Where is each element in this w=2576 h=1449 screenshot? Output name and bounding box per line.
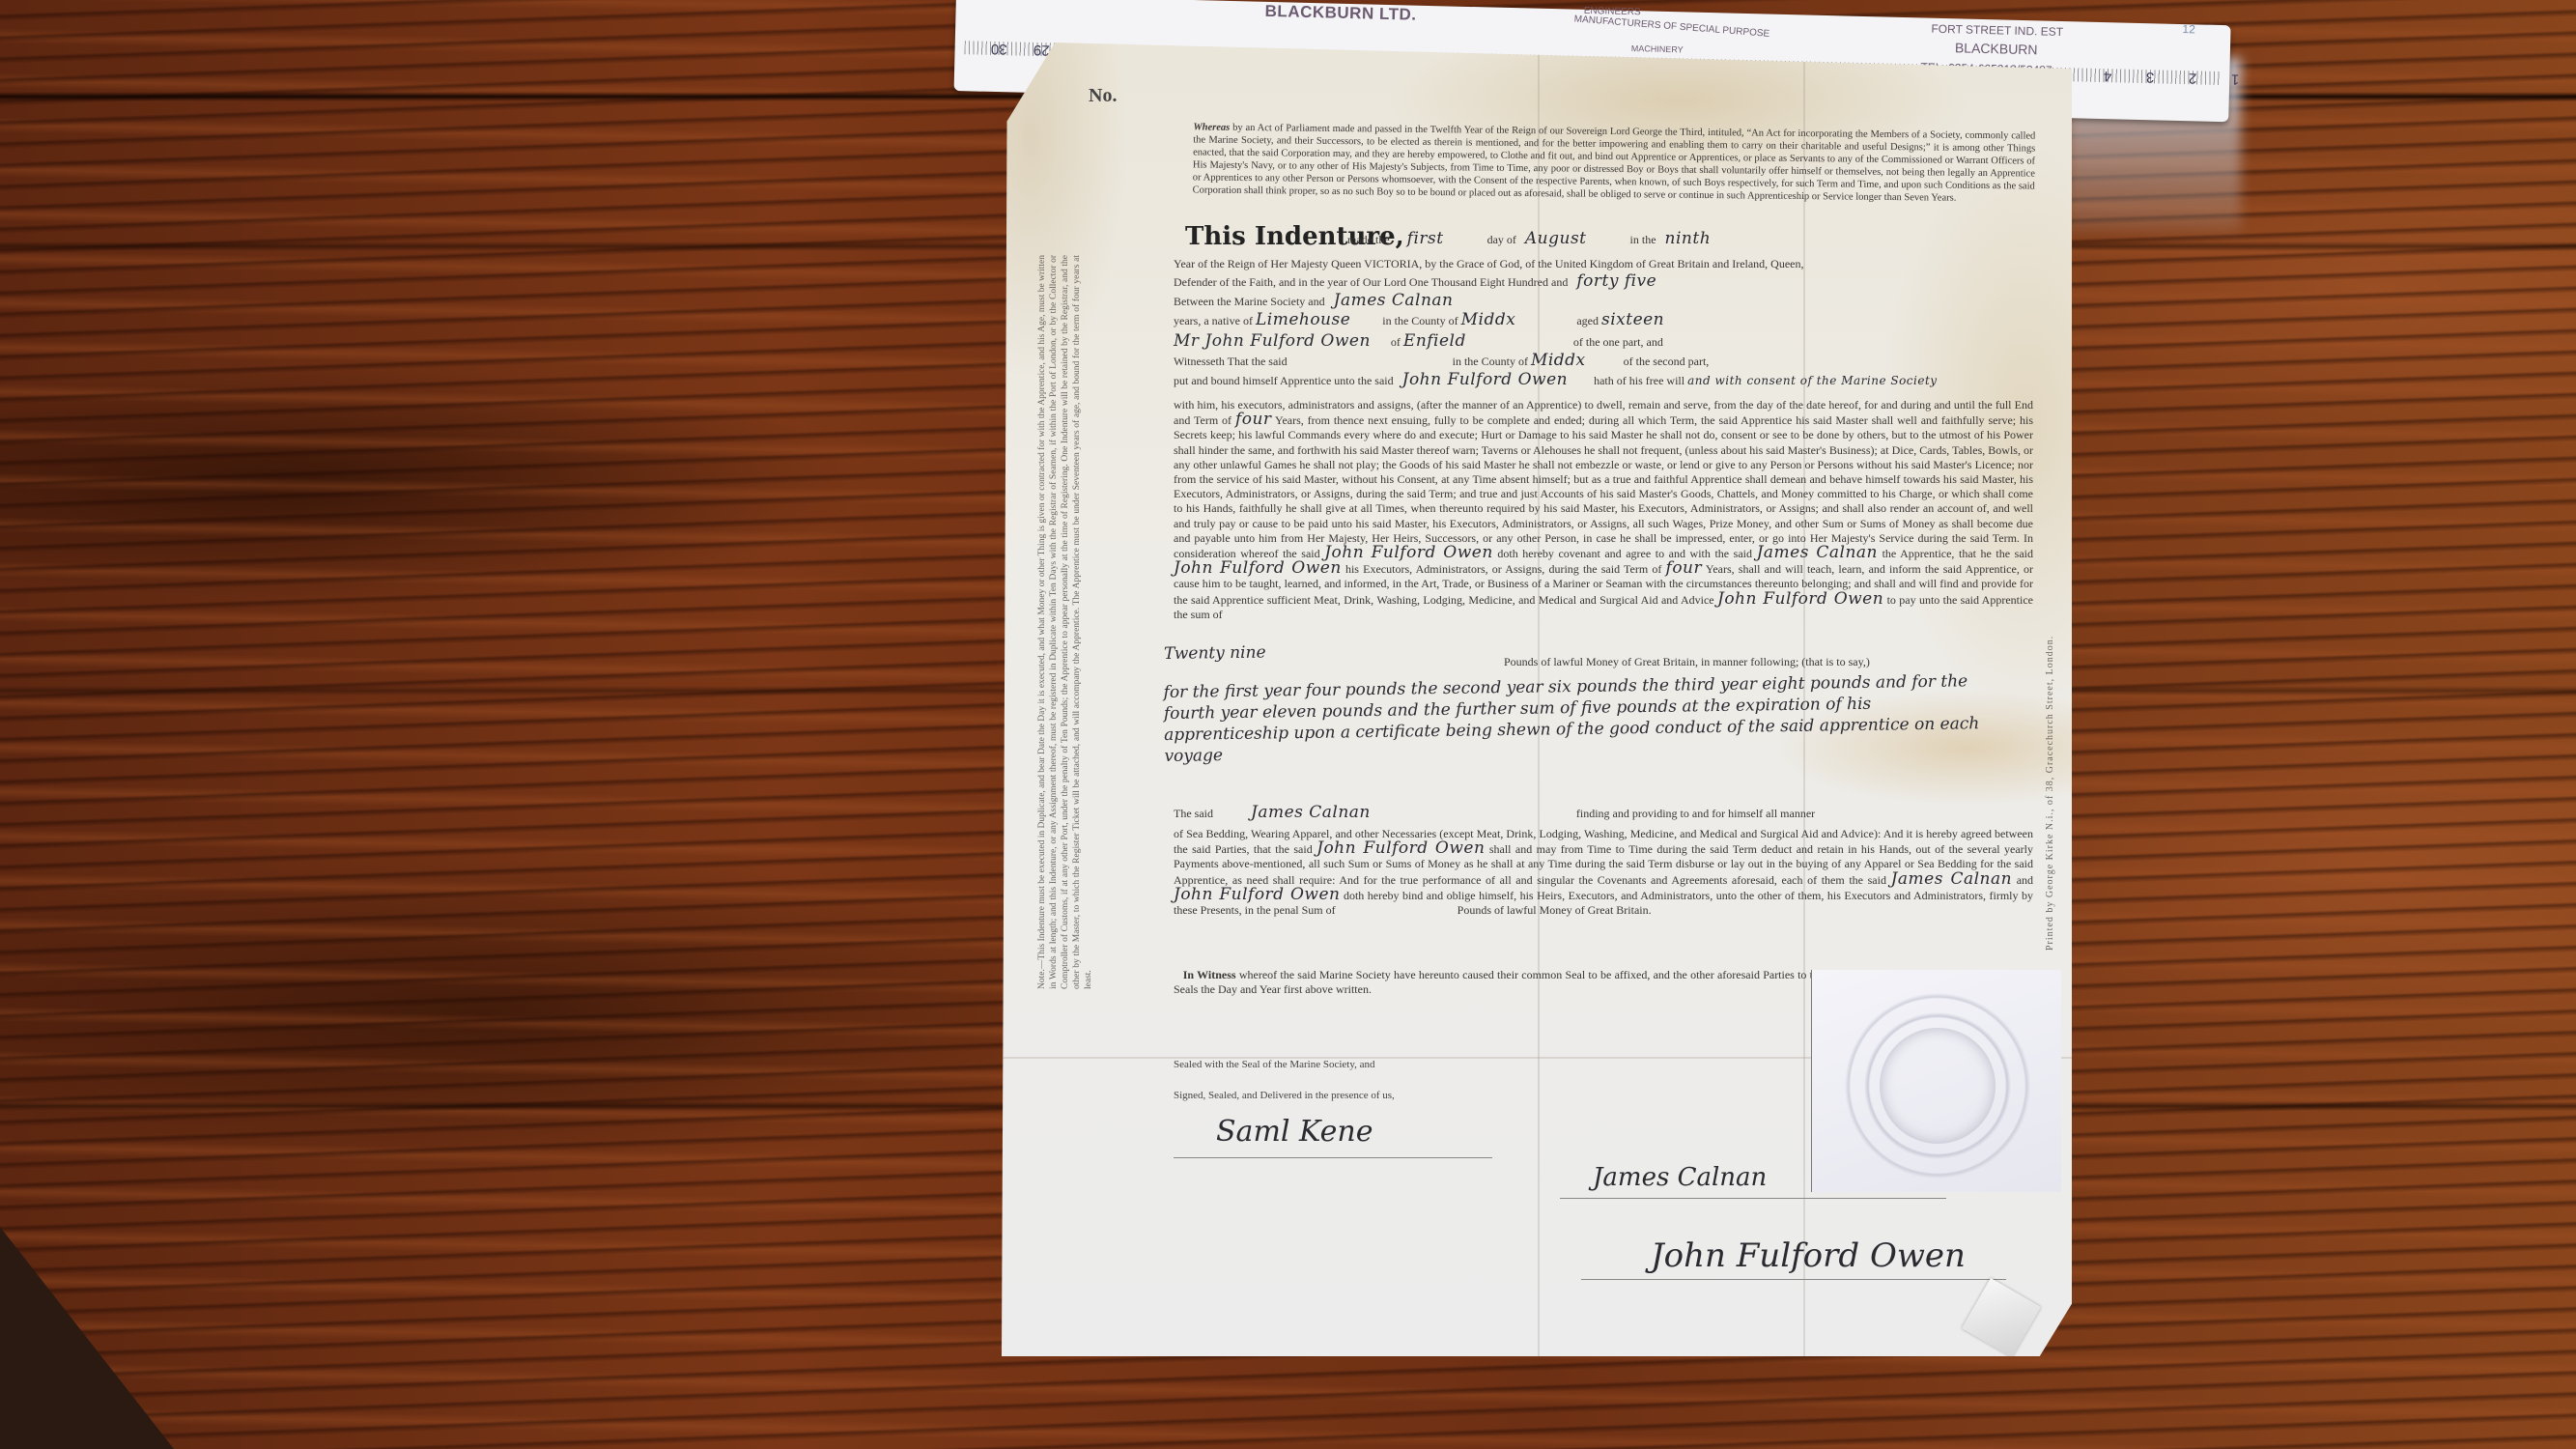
handwritten-day: first <box>1407 229 1444 248</box>
document-number-label: No. <box>1089 85 1117 107</box>
handwritten-master-name-2: John Fulford Owen <box>1402 370 1568 389</box>
county-label: in the County of <box>1453 355 1528 368</box>
master-line: Mr John Fulford Owen of Enfield of the o… <box>1174 334 2033 350</box>
witnesseth-text: Witnesseth That the said <box>1174 355 1288 368</box>
witness-lead: In Witness <box>1183 968 1236 981</box>
signed-sealed-label: Signed, Sealed, and Delivered in the pre… <box>1174 1090 1395 1101</box>
handwritten-apprentice-name-4: James Calnan <box>1891 869 2013 889</box>
handwritten-apprentice-name-2: James Calnan <box>1757 543 1878 562</box>
handwritten-age: sixteen <box>1601 310 1664 329</box>
finding-text: finding and providing to and for himself… <box>1576 807 1815 820</box>
ruler-brand: BLACKBURN LTD. <box>1264 2 1416 25</box>
term-paragraph: with him, his executors, administrators … <box>1174 398 2033 622</box>
handwritten-master-name-4: John Fulford Owen <box>1174 558 1342 578</box>
between-line: Between the Marine Society and James Cal… <box>1174 294 2033 309</box>
apprentice-signature: James Calnan <box>1593 1163 1767 1192</box>
preamble-text: by an Act of Parliament made and passed … <box>1193 123 2036 204</box>
native-line: years, a native of Limehouse in the Coun… <box>1174 313 2033 328</box>
handwritten-master-place: Enfield <box>1403 331 1466 351</box>
seal-emblem <box>1880 1028 1996 1144</box>
signature-line <box>1560 1198 1946 1199</box>
put-bound-text: put and bound himself Apprentice unto th… <box>1174 374 1394 387</box>
indenture-document: No. Whereas by an Act of Parliament made… <box>1002 43 2072 1356</box>
deduction-paragraph: of Sea Bedding, Wearing Apparel, and oth… <box>1174 827 2033 918</box>
defender-line: Defender of the Faith, and in the year o… <box>1174 274 2033 290</box>
witnesseth-line: Witnesseth That the said in the County o… <box>1174 354 2033 369</box>
handwritten-year: forty five <box>1576 271 1656 291</box>
handwritten-master-name-7: John Fulford Owen <box>1174 885 1340 904</box>
of-label: of <box>1391 335 1401 349</box>
printer-credit: Printed by George Kirke N.i., of 38, Gra… <box>2045 468 2055 951</box>
one-part-label: of the one part, and <box>1573 335 1663 349</box>
handwritten-month: August <box>1525 229 1587 248</box>
signature-line <box>1581 1279 2006 1280</box>
handwritten-consent: and with consent of the Marine Society <box>1687 374 1937 387</box>
second-part-label: of the second part, <box>1624 355 1710 368</box>
clause-2: Years, from thence next ensuing, fully t… <box>1174 413 2033 560</box>
label-day-of: day of <box>1487 233 1516 246</box>
the-said-text: The said <box>1174 807 1213 820</box>
county-label: in the County of <box>1382 314 1458 327</box>
and-text: and <box>2017 873 2033 887</box>
handwritten-payment-terms: for the first year four pounds the secon… <box>1163 670 1995 767</box>
label-made-the: made the <box>1347 233 1390 246</box>
aged-label: aged <box>1576 314 1599 327</box>
covenant-text: doth hereby covenant and agree to and wi… <box>1497 547 1752 560</box>
handwritten-master-name-3: John Fulford Owen <box>1324 543 1493 562</box>
bound-line: put and bound himself Apprentice unto th… <box>1174 373 2033 388</box>
signature-line <box>1174 1157 1492 1158</box>
handwritten-apprentice-name-3: James Calnan <box>1251 803 1371 822</box>
master-signature: John Fulford Owen <box>1651 1236 1966 1275</box>
penal-pounds-text: Pounds of lawful Money of Great Britain. <box>1458 903 1652 917</box>
handwritten-regnal-year: ninth <box>1665 229 1712 248</box>
handwritten-term: four <box>1235 410 1272 429</box>
ruler-top-number: 12 <box>2182 22 2195 36</box>
his-executors-text: his Executors, <box>1345 562 1412 576</box>
torn-corner <box>1962 1278 2041 1357</box>
floor-shadow <box>0 1227 174 1449</box>
date-line: made the first day of August in the nint… <box>1347 232 2024 247</box>
embossed-seal <box>1811 970 2061 1192</box>
said-line: The said James Calnan finding and provid… <box>1174 806 2033 821</box>
admin-term-text: Administrators, or Assigns, during the s… <box>1416 562 1662 576</box>
defender-text: Defender of the Faith, and in the year o… <box>1174 275 1568 289</box>
ruler-address-1: FORT STREET IND. EST <box>1931 22 2063 39</box>
the-apprentice-text: the Apprentice, that he the said <box>1882 547 2033 560</box>
handwritten-master-name-6: John Fulford Owen <box>1316 838 1485 858</box>
margin-note: Note.—This Indenture must be executed in… <box>1036 255 1143 989</box>
native-of-text: years, a native of <box>1174 314 1253 327</box>
between-text: Between the Marine Society and <box>1174 295 1325 308</box>
witness-signature: Saml Kene <box>1216 1115 1373 1149</box>
handwritten-apprentice-name: James Calnan <box>1334 291 1454 310</box>
handwritten-master-name: Mr John Fulford Owen <box>1174 331 1371 351</box>
free-will-text: hath of his free will <box>1594 374 1684 387</box>
reign-line: Year of the Reign of Her Majesty Queen V… <box>1174 257 2033 271</box>
sealed-with-label: Sealed with the Seal of the Marine Socie… <box>1174 1059 1375 1070</box>
preamble-paragraph: Whereas by an Act of Parliament made and… <box>1193 121 2036 205</box>
handwritten-county-2: Middx <box>1531 351 1586 370</box>
handwritten-master-name-5: John Fulford Owen <box>1717 589 1883 609</box>
handwritten-term-2: four <box>1666 558 1703 578</box>
label-in-the: in the <box>1630 233 1656 246</box>
preamble-lead: Whereas <box>1193 122 1230 132</box>
handwritten-county: Middx <box>1461 310 1516 329</box>
handwritten-native-place: Limehouse <box>1256 310 1350 329</box>
